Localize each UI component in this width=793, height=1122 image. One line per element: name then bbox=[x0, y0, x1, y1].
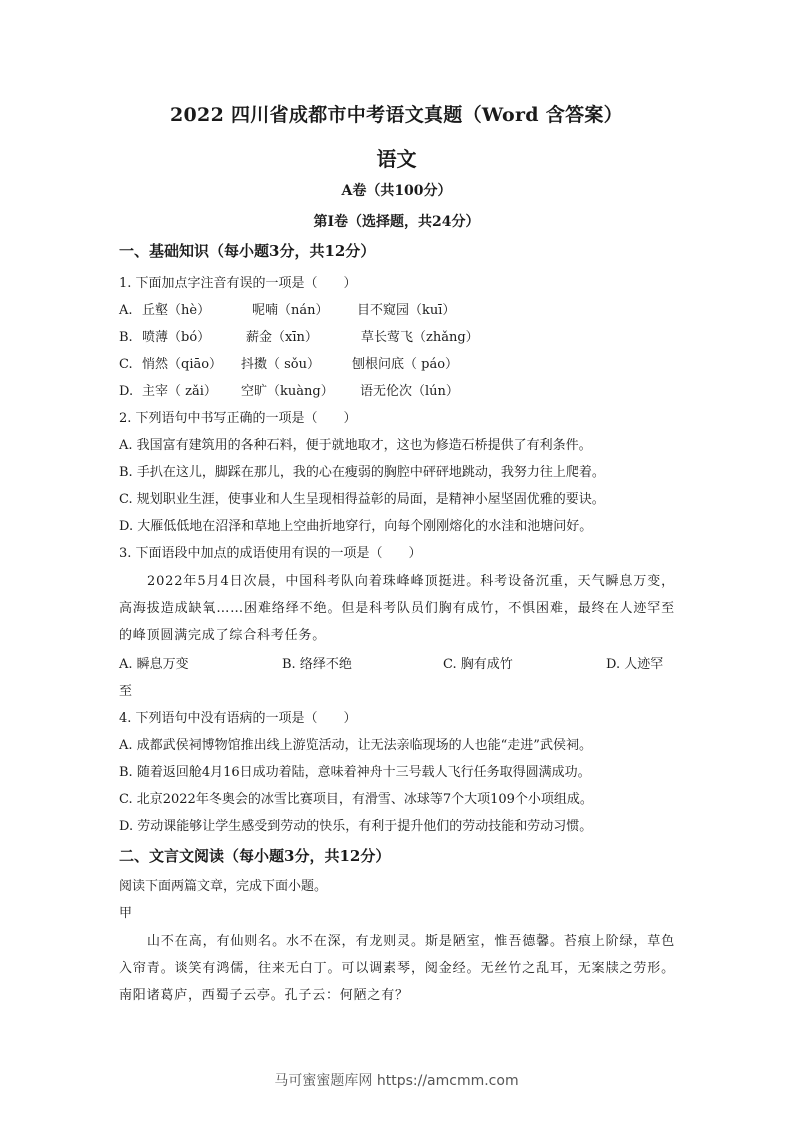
q4-stem: 4. 下列语句中没有语病的一项是（ ） bbox=[119, 710, 357, 728]
footer-watermark: 马可蜜蜜题库网 https://amcmm.com bbox=[0, 1070, 793, 1090]
q2-option-b: B. 手扒在这儿，脚踩在那儿，我的心在瘦弱的胸腔中砰砰地跳动，我努力往上爬着。 bbox=[119, 464, 605, 482]
q4-option-a: A. 成都武侯祠博物馆推出线上游览活动，让无法亲临现场的人也能“走进”武侯祠。 bbox=[119, 737, 592, 755]
option-item: 丘壑（hè） bbox=[142, 302, 210, 320]
q3-stem: 3. 下面语段中加点的成语使用有误的一项是（ ） bbox=[119, 545, 422, 563]
option-item: 抖擞（ sǒu） bbox=[241, 356, 320, 374]
option-item: 悄然（qiāo） bbox=[142, 356, 222, 374]
q3-passage: 2022年5月4日次晨，中国科考队向着珠峰峰顶挺进。科考设备沉重，天气瞬息万变，… bbox=[119, 568, 675, 649]
q3-option-c: C. 胸有成竹 bbox=[443, 656, 513, 674]
section2-heading: 二、文言文阅读（每小题3分，共12分） bbox=[119, 847, 390, 865]
section1-heading: 一、基础知识（每小题3分，共12分） bbox=[119, 242, 375, 260]
q4-option-c: C. 北京2022年冬奥会的冰雪比赛项目，有滑雪、冰球等7个大项109个小项组成… bbox=[119, 791, 593, 809]
option-label: C. bbox=[119, 356, 133, 374]
option-item: 目不窥园（kuī） bbox=[357, 302, 455, 320]
option-label: D. bbox=[119, 383, 133, 401]
option-item: 空旷（kuàng） bbox=[241, 383, 334, 401]
option-item: 语无伦次（lún） bbox=[360, 383, 459, 401]
q2-option-a: A. 我国富有建筑用的各种石料，便于就地取才，这也为修造石桥提供了有利条件。 bbox=[119, 437, 592, 455]
option-item: 草长莺飞（zhǎng） bbox=[361, 329, 479, 347]
subject-title: 语文 bbox=[0, 143, 793, 172]
q3-option-d: D. 人迹罕 bbox=[606, 656, 663, 674]
option-label: A. bbox=[119, 302, 133, 320]
q2-option-c: C. 规划职业生涯，使事业和人生呈现相得益彰的局面，是精神小屋坚固优雅的要诀。 bbox=[119, 491, 605, 509]
section2-instruction: 阅读下面两篇文章，完成下面小题。 bbox=[119, 878, 327, 896]
volume-heading: A卷（共100分） bbox=[0, 180, 793, 200]
option-item: 主宰（ zǎi） bbox=[142, 383, 217, 401]
option-item: 刨根问底（ páo） bbox=[352, 356, 458, 374]
option-item: 薪金（xīn） bbox=[246, 329, 318, 347]
option-item: 呢喃（nán） bbox=[252, 302, 329, 320]
passage-label-jia: 甲 bbox=[119, 905, 132, 923]
q4-option-d: D. 劳动课能够让学生感受到劳动的快乐，有利于提升他们的劳动技能和劳动习惯。 bbox=[119, 818, 592, 836]
option-label: B. bbox=[119, 329, 133, 347]
q4-option-b: B. 随着返回舱4月16日成功着陆，意味着神舟十三号载人飞行任务取得圆满成功。 bbox=[119, 764, 591, 782]
q3-option-d-wrap: 至 bbox=[119, 683, 132, 701]
option-item: 喷薄（bó） bbox=[142, 329, 210, 347]
q3-option-b: B. 络绎不绝 bbox=[282, 656, 352, 674]
document-page: 2022 四川省成都市中考语文真题（Word 含答案） 语文 A卷（共100分）… bbox=[0, 0, 793, 1122]
part-heading: 第Ⅰ卷（选择题，共24分） bbox=[0, 211, 793, 231]
q2-option-d: D. 大雁低低地在沼泽和草地上空曲折地穿行，向每个刚刚熔化的水洼和池塘问好。 bbox=[119, 518, 592, 536]
q2-stem: 2. 下列语句中书写正确的一项是（ ） bbox=[119, 410, 357, 428]
q3-option-a: A. 瞬息万变 bbox=[119, 656, 189, 674]
q1-stem: 1. 下面加点字注音有误的一项是（ ） bbox=[119, 275, 357, 293]
passage-jia: 山不在高，有仙则名。水不在深，有龙则灵。斯是陋室，惟吾德馨。苔痕上阶绿，草色入帘… bbox=[119, 928, 675, 1009]
document-title: 2022 四川省成都市中考语文真题（Word 含答案） bbox=[0, 100, 793, 127]
